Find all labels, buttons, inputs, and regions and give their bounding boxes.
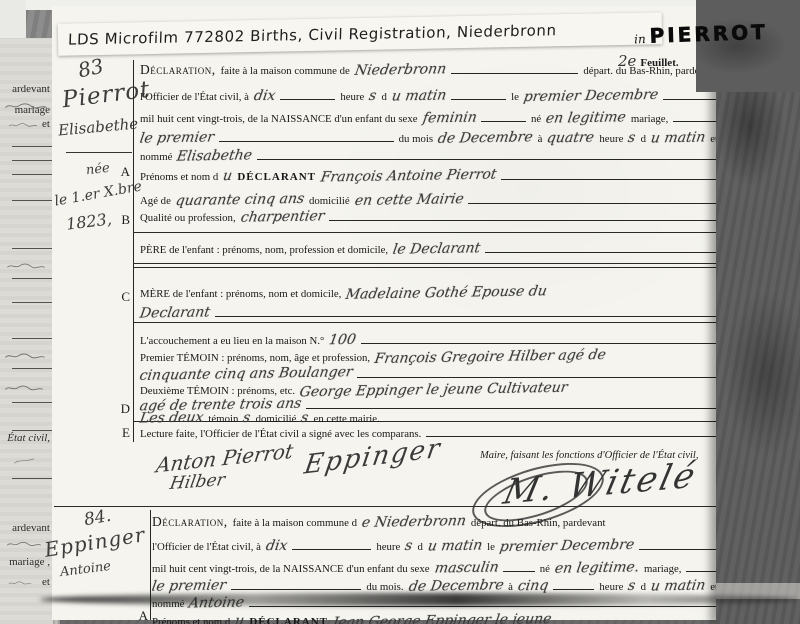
fill-rule: [451, 90, 506, 100]
handwritten-text: en legitime.: [554, 559, 641, 576]
register-page: LDS Microfilm 772802 Births, Civil Regis…: [52, 6, 733, 620]
margin-underline: [66, 152, 132, 153]
margin-given-name: Elisabethe: [57, 115, 138, 140]
handwritten-text: s: [300, 410, 310, 426]
handwritten-text: dix: [253, 88, 277, 104]
fill-rule: [639, 540, 718, 550]
handwritten-text: cinquante cinq ans Boulanger: [138, 364, 353, 384]
printed-text: heure: [340, 91, 364, 103]
marker-prefix: in: [634, 32, 646, 46]
form-line: le premier du mois de Decembre à quatre …: [140, 130, 718, 146]
printed-text: en cette mairie.: [314, 413, 380, 425]
printed-text: d: [381, 91, 386, 103]
previous-page-edge: ardevant mariage et État civil, ardevant…: [0, 38, 54, 624]
section-separator: [133, 263, 719, 268]
printed-text: d: [641, 581, 646, 593]
section-separator: [133, 322, 719, 323]
printed-text: Déclaration,: [140, 62, 216, 78]
printed-text: le: [511, 91, 519, 103]
signature-mayor: M. Witelé: [500, 455, 702, 513]
fill-rule: [451, 64, 578, 74]
handwritten-text: s: [627, 130, 637, 146]
handwriting-scribble: [4, 350, 46, 362]
form-line: Les deux témoin s domicilié s en cette m…: [140, 410, 718, 426]
strip-fragment: État civil,: [7, 432, 50, 444]
fill-rule: [686, 562, 718, 572]
handwritten-text: le Declarant: [392, 240, 482, 258]
margin-birth-date: le 1.er X.bre: [53, 178, 143, 209]
printed-text: MÈRE de l'enfant : prénoms, nom et domic…: [140, 288, 341, 300]
section-letter-d: D: [114, 401, 130, 417]
form-line: L'accouchement a eu lieu en la maison N.…: [140, 332, 718, 348]
printed-text: faite à la maison commune d: [233, 517, 357, 529]
handwritten-text: François Antoine Pierrot: [319, 166, 497, 185]
form-line: l'Officier de l'État civil, à dix heure …: [152, 538, 718, 554]
scan-right-band: [716, 0, 800, 624]
printed-text: PÈRE de l'enfant : prénoms, nom, profess…: [140, 244, 388, 256]
fill-rule: [306, 399, 718, 409]
printed-text: DÉCLARANT: [249, 616, 328, 624]
printed-text: heure: [376, 541, 400, 553]
form-line: Prénoms et nom d u DÉCLARANT François An…: [140, 168, 718, 184]
handwriting-scribble: [6, 538, 42, 550]
handwritten-text: u matin: [391, 88, 448, 105]
margin-surname: Pierrot: [61, 77, 152, 114]
form-rule-fragment: [12, 430, 52, 431]
handwritten-text: e Niederbronn: [361, 513, 468, 531]
form-line: mil huit cent vingt-trois, de la NAISSAN…: [140, 110, 718, 126]
printed-text: Prénoms et nom d: [152, 616, 230, 624]
handwritten-text: s: [404, 538, 414, 554]
form-rule-fragment: [12, 160, 52, 161]
section-letter-a: A: [114, 164, 130, 180]
handwritten-text: s: [627, 578, 637, 594]
fill-rule: [481, 112, 526, 122]
handwriting-scribble: [8, 578, 32, 588]
section-letter-b: B: [114, 212, 130, 228]
printed-text: du mois: [399, 133, 434, 145]
handwriting-scribble: [6, 260, 46, 272]
printed-text: DÉCLARANT: [237, 171, 316, 183]
handwritten-text: feminin: [421, 110, 477, 127]
fill-rule: [257, 150, 718, 160]
form-line: Agé de quarante cinq ans domicilié en ce…: [140, 192, 718, 208]
handwritten-text: Jean George Eppinger le jeune: [331, 611, 552, 624]
fill-rule: [553, 580, 594, 590]
form-line: Qualité ou profession, charpentier: [140, 209, 718, 225]
record-number: 83: [76, 54, 106, 83]
fill-rule: [292, 540, 371, 550]
form-rule-fragment: [12, 368, 52, 369]
form-rule-fragment: [12, 248, 52, 249]
printed-text: à: [508, 581, 513, 593]
handwritten-text: Elisabethe: [176, 147, 254, 164]
printed-text: né: [531, 113, 541, 125]
handwritten-text: masculin: [433, 559, 499, 576]
microfilm-label: LDS Microfilm 772802 Births, Civil Regis…: [58, 21, 557, 49]
printed-text: domicilié: [256, 413, 297, 425]
handwritten-text: le premier: [151, 577, 228, 594]
fill-rule: [280, 90, 335, 100]
handwritten-text: u: [222, 168, 234, 184]
printed-text: L'accouchement a eu lieu en la maison N.…: [140, 335, 324, 347]
handwritten-text: premier Decembre: [522, 87, 659, 105]
printed-text: mariage,: [644, 563, 681, 575]
fill-rule: [468, 194, 718, 204]
printed-text: mil huit cent vingt-trois, de la NAISSAN…: [140, 113, 418, 125]
margin-birth-year: 1823,: [65, 209, 113, 233]
fill-rule: [329, 211, 718, 221]
printed-text: heure: [599, 133, 623, 145]
form-line: Premier TÉMOIN : prénoms, nom, âge et pr…: [140, 349, 718, 365]
margin-given-name: Antoine: [59, 559, 111, 580]
form-line: Declarant: [140, 305, 718, 321]
marker-surname: PIERROT: [649, 20, 768, 48]
form-line: Prénoms et nom d u DÉCLARANT Jean George…: [152, 613, 718, 624]
handwriting-scribble: [4, 382, 44, 394]
fill-rule: [485, 243, 718, 253]
record-separator: [54, 506, 719, 507]
section-letter-c: C: [114, 289, 130, 305]
form-line: mil huit cent vingt-trois, de la NAISSAN…: [152, 560, 718, 576]
handwritten-text: dix: [265, 538, 289, 554]
printed-text: heure: [599, 581, 623, 593]
handwritten-text: s: [368, 88, 378, 104]
margin-born-note: née: [85, 161, 110, 178]
form-line: Déclaration, faite à la maison commune d…: [152, 514, 718, 530]
form-rule-fragment: [12, 338, 52, 339]
strip-fragment: mariage: [15, 104, 50, 116]
printed-text: Lecture faite, l'Officier de l'État civi…: [140, 428, 421, 440]
scan-smudge: [40, 593, 798, 606]
fill-rule: [503, 562, 535, 572]
strip-fragment: et: [42, 118, 50, 130]
handwritten-text: 100: [328, 332, 357, 348]
printed-text: témoin: [208, 413, 238, 425]
handwritten-text: s: [242, 410, 252, 426]
handwritten-text: de Decembre: [437, 129, 534, 147]
record-number: 84.: [82, 506, 112, 530]
printed-text: nommé: [140, 151, 172, 163]
handwritten-text: François Gregoire Hilber agé de: [373, 347, 607, 367]
fill-rule: [426, 427, 718, 437]
printed-text: du mois.: [366, 581, 403, 593]
printed-text: Qualité ou profession,: [140, 212, 236, 224]
printed-text: né: [540, 563, 550, 575]
handwriting-scribble: [8, 120, 38, 130]
surname-marker: in PIERROT: [634, 20, 769, 49]
printed-text: faite à la maison commune de: [221, 65, 350, 77]
signature-witness2: Eppinger: [302, 433, 444, 481]
form-rule-fragment: [12, 302, 52, 303]
handwritten-text: charpentier: [239, 208, 325, 225]
printed-text: Agé de: [140, 195, 171, 207]
section-separator: [133, 232, 719, 233]
section-letter-e: E: [114, 425, 130, 441]
scan-corner-dark: [696, 0, 800, 92]
form-rule-fragment: [12, 478, 52, 479]
handwritten-text: le premier: [139, 129, 216, 146]
strip-fragment: et: [42, 576, 50, 588]
strip-fragment: ardevant: [12, 522, 50, 534]
handwriting-scribble: [10, 454, 36, 468]
form-line: PÈRE de l'enfant : prénoms, nom, profess…: [140, 241, 718, 257]
fill-rule: [673, 112, 718, 122]
handwritten-text: en legitime: [545, 109, 627, 126]
form-rule-fragment: [12, 146, 52, 147]
form-line: le premier du mois. de Decembre à cinq h…: [152, 578, 718, 594]
form-rule-fragment: [12, 278, 52, 279]
form-line: Deuxième TÉMOIN : prénoms, etc. George E…: [140, 382, 718, 398]
printed-text: l'Officier de l'État civil, à: [140, 91, 249, 103]
handwritten-text: Les deux: [139, 409, 205, 426]
printed-text: Déclaration,: [152, 514, 228, 530]
handwritten-text: u: [234, 613, 246, 624]
printed-text: l'Officier de l'État civil, à: [152, 541, 261, 553]
form-line: MÈRE de l'enfant : prénoms, nom et domic…: [140, 285, 718, 301]
printed-text: mil huit cent vingt-trois, de la NAISSAN…: [152, 563, 430, 575]
handwritten-text: quatre: [546, 130, 596, 147]
margin-vertical-rule: [133, 60, 134, 442]
printed-text: d: [418, 541, 423, 553]
printed-text: Premier TÉMOIN : prénoms, nom, âge et pr…: [140, 352, 370, 364]
handwritten-text: Niederbronn: [353, 61, 447, 79]
form-line: cinquante cinq ans Boulanger: [140, 366, 718, 382]
microfilm-label-strip: LDS Microfilm 772802 Births, Civil Regis…: [58, 12, 663, 56]
signature-witness1: Hilber: [168, 470, 226, 494]
printed-text: le: [487, 541, 495, 553]
form-rule-fragment: [12, 200, 52, 201]
scan-corner: [0, 0, 26, 42]
printed-text: Prénoms et nom d: [140, 171, 218, 183]
printed-text: domicilié: [309, 195, 350, 207]
strip-fragment: mariage ,: [9, 556, 50, 568]
handwritten-text: quarante cinq ans: [174, 191, 305, 209]
fill-rule: [501, 170, 718, 180]
fill-rule: [219, 132, 394, 142]
fill-rule: [357, 368, 718, 378]
handwritten-text: Declarant: [139, 304, 212, 321]
fill-rule: [215, 307, 718, 317]
handwritten-text: premier Decembre: [498, 537, 635, 555]
strip-fragment: ardevant: [12, 83, 50, 95]
fill-rule: [361, 334, 718, 344]
handwritten-text: u matin: [650, 578, 707, 595]
printed-text: départ. du Bas-Rhin, pardevant: [471, 517, 606, 529]
form-rule-fragment: [12, 402, 52, 403]
printed-text: à: [538, 133, 543, 145]
form-line: nommé Elisabethe: [140, 148, 718, 164]
handwritten-text: u matin: [427, 538, 484, 555]
form-line: l'Officier de l'État civil, à dix heure …: [140, 88, 718, 104]
handwritten-text: Madelaine Gothé Epouse du: [345, 283, 549, 302]
microfilm-scan: ardevant mariage et État civil, ardevant…: [0, 0, 800, 624]
handwritten-text: en cette Mairie: [353, 191, 464, 209]
handwritten-text: cinq: [517, 578, 550, 595]
form-line: Déclaration, faite à la maison commune d…: [140, 62, 718, 78]
section-letter-a: A: [132, 608, 148, 624]
handwritten-text: u matin: [650, 130, 707, 147]
form-rule-fragment: [12, 174, 52, 175]
printed-text: mariage,: [631, 113, 668, 125]
printed-text: d: [641, 133, 646, 145]
fill-rule: [231, 580, 361, 590]
